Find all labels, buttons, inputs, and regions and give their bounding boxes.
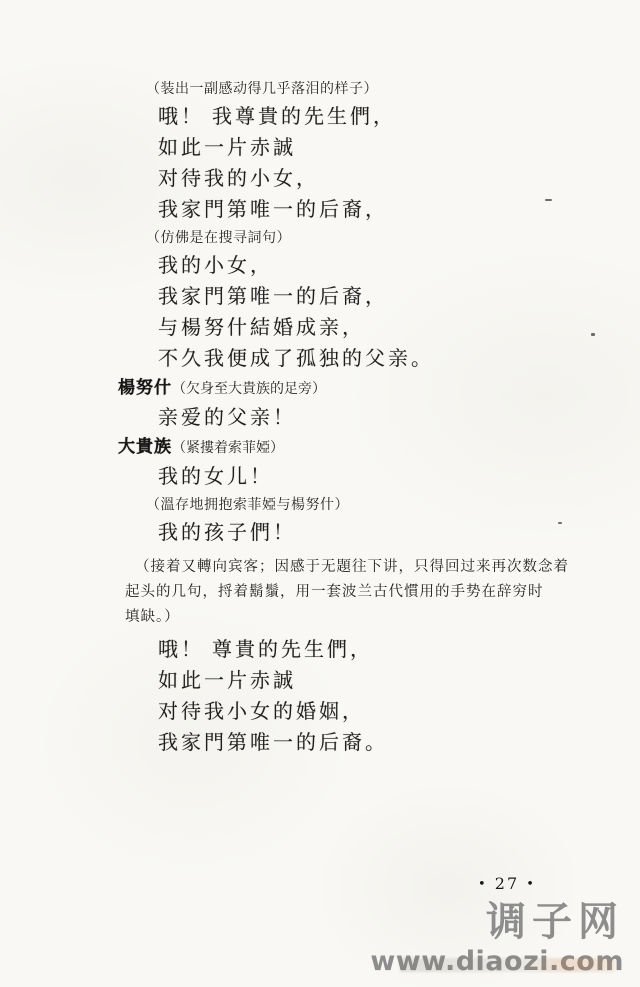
dialogue-line: 我的女儿！ [158,465,544,490]
speaker-name: 楊努什 [118,378,172,397]
dialogue-line: 对待我小女的婚姻， [158,700,544,725]
book-page: （装出一副感动得几乎落泪的样子）哦！ 我尊貴的先生們，如此一片赤誠对待我的小女，… [0,0,640,987]
dialogue-line: 我家門第唯一的后裔， [158,198,544,223]
speaker-name: 大貴族 [118,437,172,456]
dialogue-line: 对待我的小女， [158,167,544,192]
speaker-line: 大貴族（紧摟着索菲婭） [118,437,544,459]
dialogue-line: 哦！ 我尊貴的先生們， [158,105,544,130]
stage-direction-paragraph-line: （接着又轉向宾客；因感于无題往下讲，只得回过来再次数念着 [125,555,544,580]
speaker-line: 楊努什（欠身至大貴族的足旁） [118,378,544,400]
page-number: • 27 • [478,874,536,893]
stage-direction: （溫存地拥抱索菲婭与楊努什） [146,496,544,515]
dialogue-line: 亲爱的父亲！ [158,406,544,431]
dialogue-line: 如此一片赤誠 [158,669,544,694]
speaker-stage-direction: （紧摟着索菲婭） [172,441,284,456]
script-lines: （装出一副感动得几乎落泪的样子）哦！ 我尊貴的先生們，如此一片赤誠对待我的小女，… [0,0,640,762]
stage-direction-paragraph-line: 起头的几句，捋着鬍鬚，用一套波兰古代慣用的手势在辞穷时 [125,580,544,605]
dialogue-line: 如此一片赤誠 [158,136,544,161]
dialogue-line: 哦！ 尊貴的先生們， [158,638,544,663]
page-number-dot-right: • [526,877,536,892]
dialogue-line: 我的小女， [158,254,544,279]
dialogue-line: 不久我便成了孤独的父亲。 [158,347,544,372]
page-number-value: 27 [495,874,519,893]
faint-scan-overprint [400,958,615,972]
scan-speck [545,199,552,201]
stage-direction-paragraph-line: 填缺。） [125,605,544,630]
scan-speck [591,333,595,336]
dialogue-line: 我的孩子們！ [158,521,544,546]
dialogue-line: 我家門第唯一的后裔， [158,285,544,310]
speaker-stage-direction: （欠身至大貴族的足旁） [172,382,326,397]
stage-direction-paragraph: （接着又轉向宾客；因感于无題往下讲，只得回过来再次数念着起头的几句，捋着鬍鬚，用… [125,555,544,630]
page-number-dot-left: • [478,877,488,892]
dialogue-line: 我家門第唯一的后裔。 [158,731,544,756]
scan-speck [558,522,562,524]
watermark-site-name: 调子网 [364,900,624,944]
dialogue-line: 与楊努什結婚成亲， [158,316,544,341]
stage-direction: （仿佛是在搜寻詞句） [146,229,544,248]
stage-direction: （装出一副感动得几乎落泪的样子） [146,80,544,99]
